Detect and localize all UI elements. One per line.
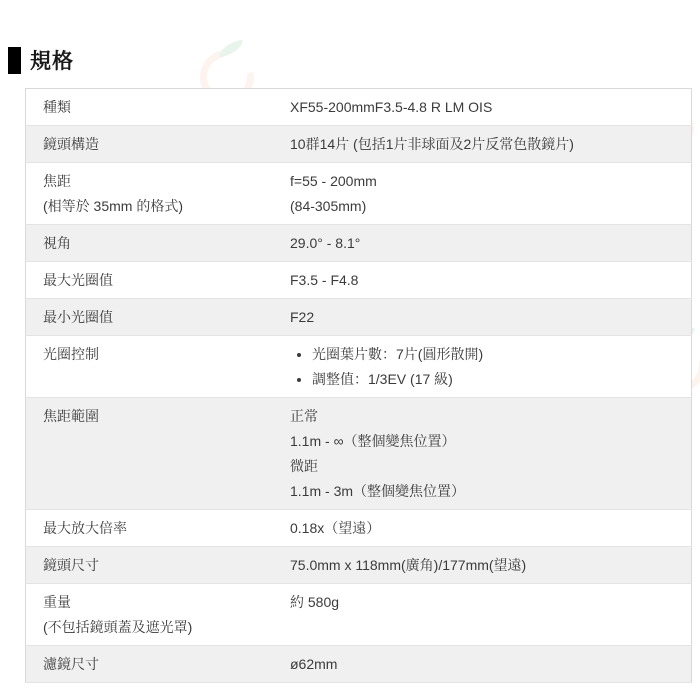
spec-bullet-item: 光圈葉片數：7片(圓形散開) xyxy=(312,344,679,364)
table-row: 重量 (不包括鏡頭蓋及遮光罩) 約 580g xyxy=(26,584,692,646)
spec-bullet-list: 光圈葉片數：7片(圓形散開)調整值：1/3EV (17 級) xyxy=(290,344,679,389)
spec-value: 75.0mm x 118mm(廣角)/177mm(望遠) xyxy=(290,547,692,584)
spec-label-note: (相等於 35mm 的格式) xyxy=(43,196,280,216)
section-header: 規格 xyxy=(8,45,700,75)
table-row: 濾鏡尺寸 ø62mm xyxy=(26,646,692,683)
spec-value: F3.5 - F4.8 xyxy=(290,262,692,299)
spec-label: 重量 xyxy=(43,592,280,612)
table-row: 光圈控制 光圈葉片數：7片(圓形散開)調整值：1/3EV (17 級) xyxy=(26,336,692,398)
spec-label: 鏡頭構造 xyxy=(43,134,280,154)
spec-bullet-item: 調整值：1/3EV (17 級) xyxy=(312,369,679,389)
page-title: 規格 xyxy=(30,45,74,75)
spec-value-line: 正常 xyxy=(290,406,679,426)
table-row: 最大放大倍率 0.18x（望遠） xyxy=(26,510,692,547)
spec-label: 最大放大倍率 xyxy=(43,518,280,538)
spec-page: 規格 種類 XF55-200mmF3.5-4.8 R LM OIS 鏡頭構造 1… xyxy=(0,45,700,683)
spec-label: 最大光圈值 xyxy=(43,270,280,290)
spec-label-note: (不包括鏡頭蓋及遮光罩) xyxy=(43,617,280,637)
spec-value-line: ø62mm xyxy=(290,654,679,674)
table-row: 焦距 (相等於 35mm 的格式) f=55 - 200mm(84-305mm) xyxy=(26,163,692,225)
table-row: 最大光圈值 F3.5 - F4.8 xyxy=(26,262,692,299)
table-row: 鏡頭構造 10群14片 (包括1片非球面及2片反常色散鏡片) xyxy=(26,126,692,163)
spec-value-line: f=55 - 200mm xyxy=(290,171,679,191)
table-row: 最小光圈值 F22 xyxy=(26,299,692,336)
spec-value-line: (84-305mm) xyxy=(290,196,679,216)
table-row: 鏡頭尺寸 75.0mm x 118mm(廣角)/177mm(望遠) xyxy=(26,547,692,584)
header-bar-icon xyxy=(8,47,21,74)
spec-label: 最小光圈值 xyxy=(43,307,280,327)
spec-label: 視角 xyxy=(43,233,280,253)
spec-label: 種類 xyxy=(43,97,280,117)
spec-value-line: F3.5 - F4.8 xyxy=(290,270,679,290)
spec-label: 濾鏡尺寸 xyxy=(43,654,280,674)
spec-value: f=55 - 200mm(84-305mm) xyxy=(290,163,692,225)
spec-value-line: 75.0mm x 118mm(廣角)/177mm(望遠) xyxy=(290,555,679,575)
spec-value: 正常1.1m - ∞（整個變焦位置）微距1.1m - 3m（整個變焦位置） xyxy=(290,398,692,510)
table-row: 焦距範圍 正常1.1m - ∞（整個變焦位置）微距1.1m - 3m（整個變焦位… xyxy=(26,398,692,510)
spec-table: 種類 XF55-200mmF3.5-4.8 R LM OIS 鏡頭構造 10群1… xyxy=(25,88,692,683)
spec-value: ø62mm xyxy=(290,646,692,683)
spec-value: XF55-200mmF3.5-4.8 R LM OIS xyxy=(290,89,692,126)
spec-value-line: 1.1m - 3m（整個變焦位置） xyxy=(290,481,679,501)
spec-value: 29.0° - 8.1° xyxy=(290,225,692,262)
spec-value: 光圈葉片數：7片(圓形散開)調整值：1/3EV (17 級) xyxy=(290,336,692,398)
table-row: 視角 29.0° - 8.1° xyxy=(26,225,692,262)
spec-value-line: 1.1m - ∞（整個變焦位置） xyxy=(290,431,679,451)
spec-value-line: 29.0° - 8.1° xyxy=(290,233,679,253)
spec-label: 鏡頭尺寸 xyxy=(43,555,280,575)
table-row: 種類 XF55-200mmF3.5-4.8 R LM OIS xyxy=(26,89,692,126)
spec-value-line: F22 xyxy=(290,307,679,327)
spec-value-line: XF55-200mmF3.5-4.8 R LM OIS xyxy=(290,97,679,117)
spec-value: 10群14片 (包括1片非球面及2片反常色散鏡片) xyxy=(290,126,692,163)
spec-value-line: 約 580g xyxy=(290,592,679,612)
spec-value-line: 0.18x（望遠） xyxy=(290,518,679,538)
spec-value: F22 xyxy=(290,299,692,336)
spec-value-line: 微距 xyxy=(290,456,679,476)
spec-value-line: 10群14片 (包括1片非球面及2片反常色散鏡片) xyxy=(290,134,679,154)
spec-label: 焦距 xyxy=(43,171,280,191)
spec-value: 0.18x（望遠） xyxy=(290,510,692,547)
spec-label: 光圈控制 xyxy=(43,344,280,364)
spec-value: 約 580g xyxy=(290,584,692,646)
spec-label: 焦距範圍 xyxy=(43,406,280,426)
